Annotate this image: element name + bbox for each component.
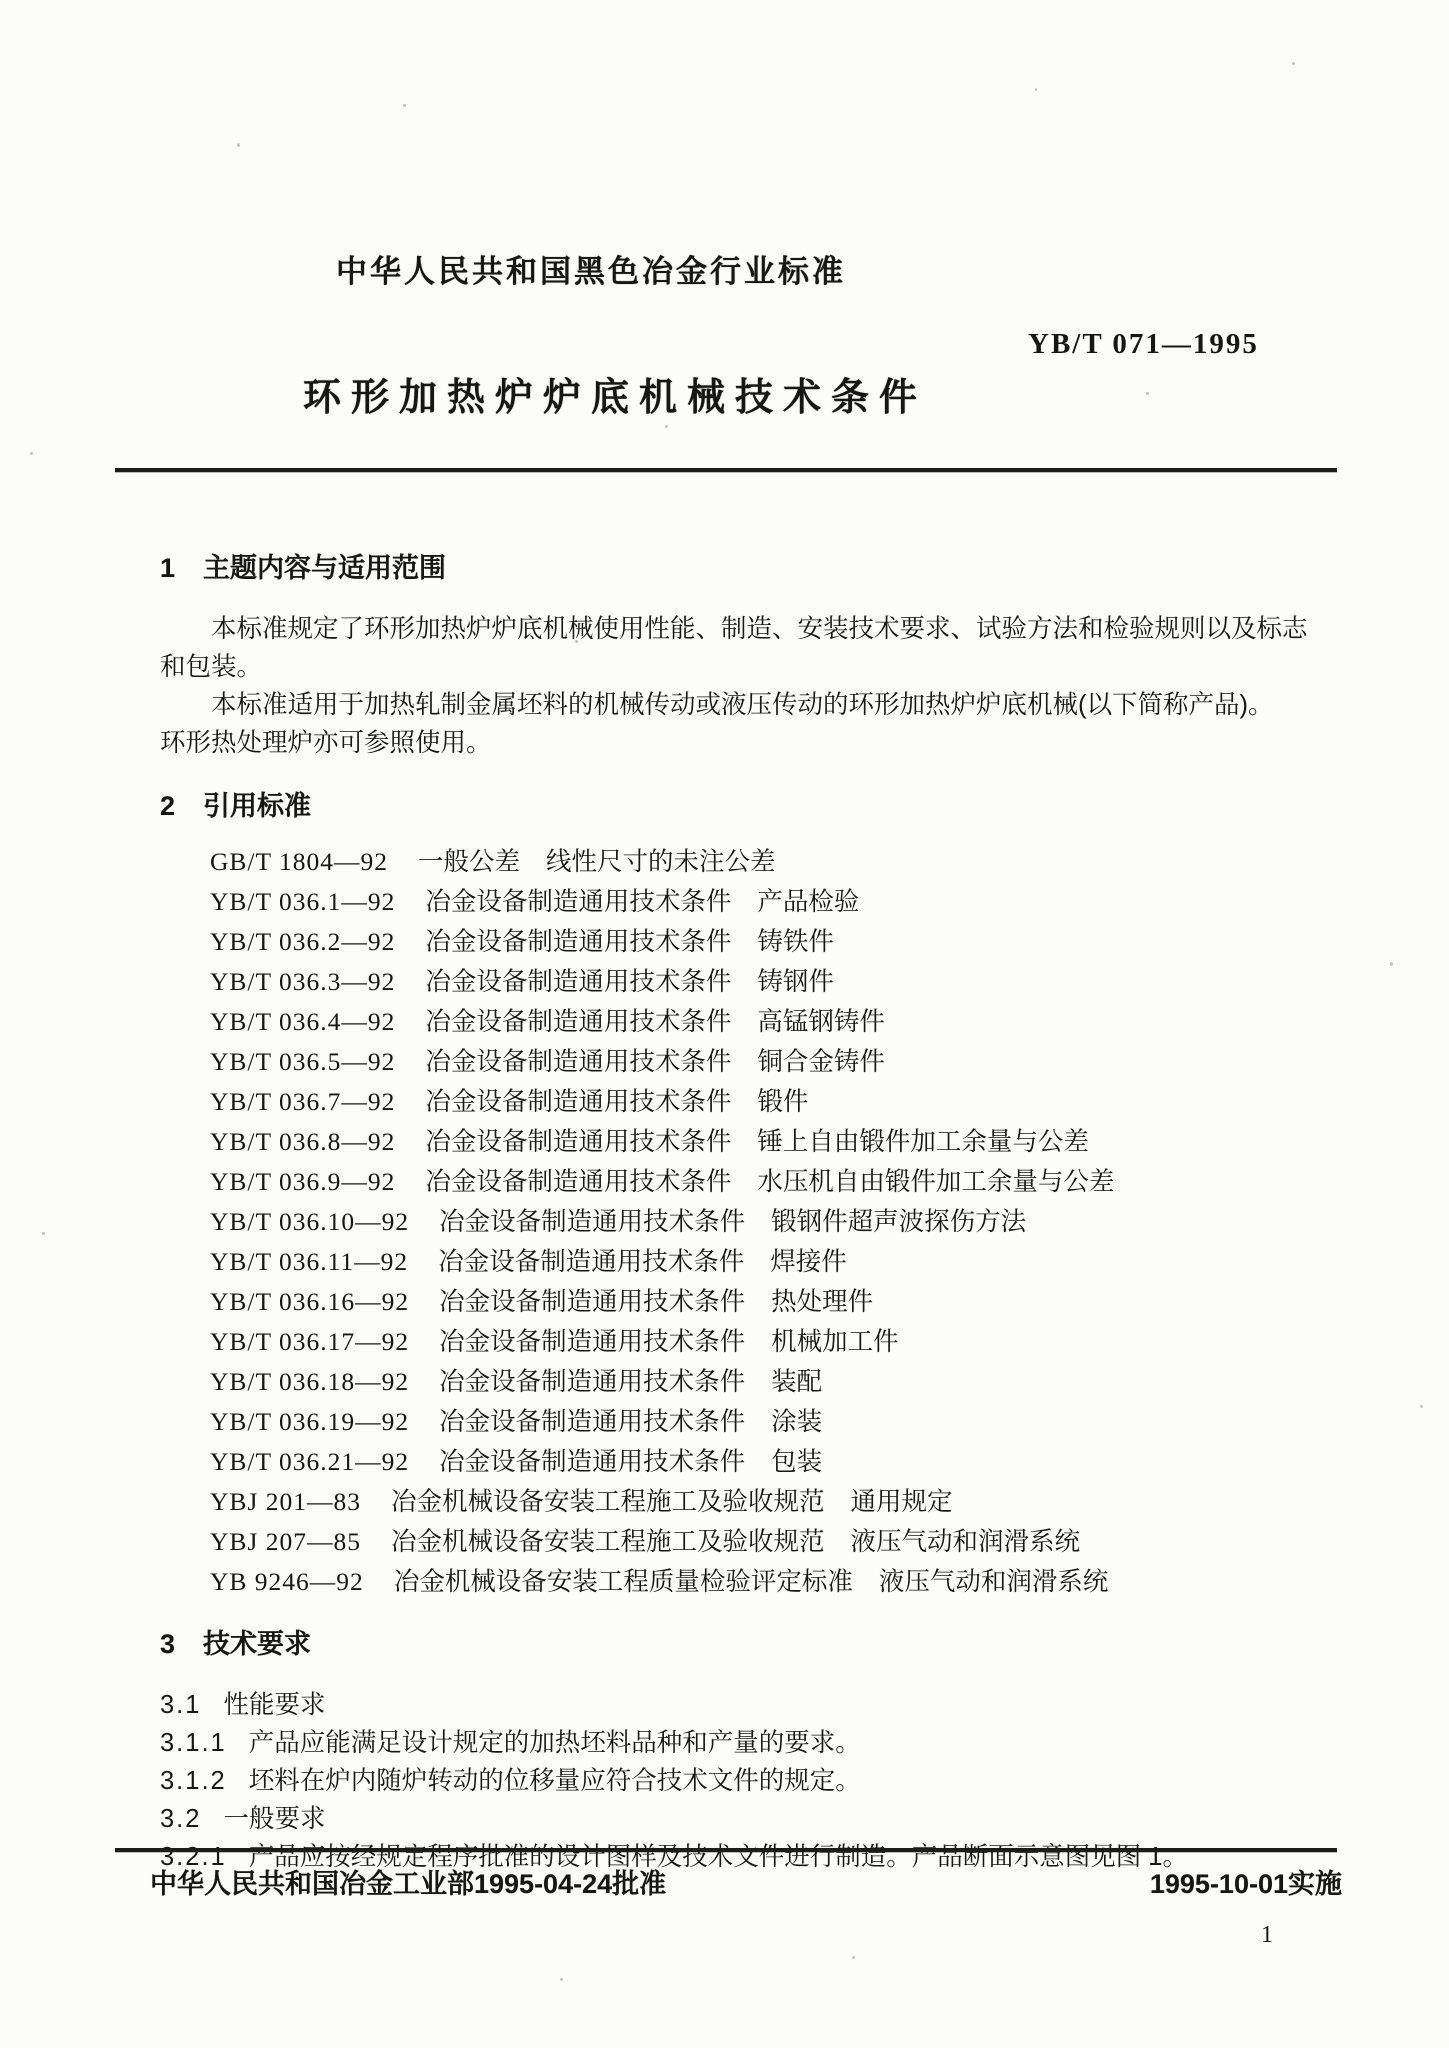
reference-name: 冶金设备制造通用技术条件 <box>425 888 731 916</box>
reference-subject: 机械加工件 <box>771 1328 899 1356</box>
reference-code: YBJ 201—83 <box>210 1487 361 1516</box>
reference-subject: 通用规定 <box>851 1488 953 1516</box>
reference-code: YB/T 036.7—92 <box>210 1087 395 1116</box>
page-number: 1 <box>1261 1922 1273 1949</box>
reference-name: 冶金设备制造通用技术条件 <box>439 1328 745 1356</box>
scan-speck <box>665 425 668 428</box>
scan-speck <box>1146 392 1149 395</box>
reference-subject: 包装 <box>771 1448 822 1476</box>
reference-name: 冶金设备制造通用技术条件 <box>439 1448 745 1476</box>
clause-3-1-1: 3.1.1产品应能满足设计规定的加热坯料品种和产量的要求。 <box>160 1724 1340 1762</box>
reference-subject: 铸钢件 <box>757 968 834 996</box>
reference-item: YB/T 036.5—92冶金设备制造通用技术条件铜合金铸件 <box>210 1042 1340 1082</box>
reference-name: 冶金设备制造通用技术条件 <box>425 928 731 956</box>
scanned-standard-page: 中华人民共和国黑色冶金行业标准 YB/T 071—1995 环形加热炉炉底机械技… <box>0 0 1449 2048</box>
reference-subject: 热处理件 <box>771 1288 873 1316</box>
reference-item: YB/T 036.1—92冶金设备制造通用技术条件产品检验 <box>210 882 1340 922</box>
reference-name: 冶金设备制造通用技术条件 <box>425 1168 731 1196</box>
reference-item: YBJ 201—83冶金机械设备安装工程施工及验收规范通用规定 <box>210 1482 1340 1522</box>
reference-list: GB/T 1804—92一般公差线性尺寸的未注公差 YB/T 036.1—92冶… <box>160 842 1340 1602</box>
reference-code: GB/T 1804—92 <box>210 847 388 876</box>
clause-number: 3.1.2 <box>160 1762 227 1800</box>
reference-subject: 液压气动和润滑系统 <box>851 1528 1081 1556</box>
document-body: 1主题内容与适用范围 本标准规定了环形加热炉炉底机械使用性能、制造、安装技术要求… <box>160 552 1340 1876</box>
scan-speck <box>42 1232 45 1235</box>
reference-subject: 锻件 <box>757 1088 808 1116</box>
footer-approval: 中华人民共和国冶金工业部1995-04-24批准 <box>150 1862 666 1901</box>
reference-item: YB/T 036.11—92冶金设备制造通用技术条件焊接件 <box>210 1242 1340 1282</box>
scan-speck <box>1420 1405 1423 1408</box>
document-title: 环形加热炉炉底机械技术条件 <box>303 366 927 421</box>
clause-text: 产品应能满足设计规定的加热坯料品种和产量的要求。 <box>249 1729 861 1757</box>
reference-subject: 铜合金铸件 <box>757 1048 885 1076</box>
scan-speck <box>30 452 33 455</box>
reference-item: YB/T 036.18—92冶金设备制造通用技术条件装配 <box>210 1362 1340 1402</box>
reference-name: 冶金机械设备安装工程施工及验收规范 <box>391 1528 825 1556</box>
reference-item: YBJ 207—85冶金机械设备安装工程施工及验收规范液压气动和润滑系统 <box>210 1522 1340 1562</box>
reference-item: YB/T 036.8—92冶金设备制造通用技术条件锤上自由锻件加工余量与公差 <box>210 1122 1340 1162</box>
footer-implementation: 1995-10-01实施 <box>1150 1862 1342 1901</box>
paragraph-line: 本标准规定了环形加热炉炉底机械使用性能、制造、安装技术要求、试验方法和检验规则以… <box>160 610 1340 648</box>
paragraph-line: 环形热处理炉亦可参照使用。 <box>160 724 1340 762</box>
reference-subject: 锻钢件超声波探伤方法 <box>771 1208 1026 1236</box>
section-1-title: 主题内容与适用范围 <box>203 553 446 583</box>
clause-number: 3.1.1 <box>160 1724 227 1762</box>
reference-subject: 水压机自由锻件加工余量与公差 <box>757 1168 1114 1196</box>
paragraph-line: 和包装。 <box>160 648 1340 686</box>
scan-speck <box>852 1956 855 1959</box>
reference-name: 一般公差 <box>418 848 520 876</box>
clause-number: 3.1 <box>160 1686 201 1724</box>
title-divider-rule <box>115 468 1337 472</box>
clause-text: 性能要求 <box>223 1691 325 1719</box>
paragraph-line: 本标准适用于加热轧制金属坯料的机械传动或液压传动的环形加热炉炉底机械(以下简称产… <box>160 686 1340 724</box>
reference-code: YB/T 036.17—92 <box>210 1327 409 1356</box>
reference-code: YB/T 036.2—92 <box>210 927 395 956</box>
reference-item: YB/T 036.19—92冶金设备制造通用技术条件涂装 <box>210 1402 1340 1442</box>
scan-speck <box>237 143 240 147</box>
reference-name: 冶金机械设备安装工程施工及验收规范 <box>391 1488 825 1516</box>
standard-number: YB/T 071—1995 <box>1028 328 1259 361</box>
scan-speck <box>403 104 406 107</box>
reference-code: YB/T 036.5—92 <box>210 1047 395 1076</box>
scan-speck <box>1292 62 1295 65</box>
reference-code: YB/T 036.4—92 <box>210 1007 395 1036</box>
reference-item: YB/T 036.21—92冶金设备制造通用技术条件包装 <box>210 1442 1340 1482</box>
reference-item: GB/T 1804—92一般公差线性尺寸的未注公差 <box>210 842 1340 882</box>
reference-name: 冶金设备制造通用技术条件 <box>439 1408 745 1436</box>
section-2-title: 引用标准 <box>203 791 311 821</box>
reference-name: 冶金设备制造通用技术条件 <box>438 1248 744 1276</box>
clause-3-2: 3.2一般要求 <box>160 1800 1340 1838</box>
section-1-number: 1 <box>160 552 175 584</box>
scan-speck <box>1035 88 1037 91</box>
reference-code: YB/T 036.8—92 <box>210 1127 395 1156</box>
reference-code: YB/T 036.21—92 <box>210 1447 409 1476</box>
footer-divider-rule <box>115 1848 1337 1852</box>
reference-code: YBJ 207—85 <box>210 1527 361 1556</box>
reference-subject: 装配 <box>771 1368 822 1396</box>
reference-subject: 线性尺寸的未注公差 <box>546 848 776 876</box>
reference-item: YB/T 036.9—92冶金设备制造通用技术条件水压机自由锻件加工余量与公差 <box>210 1162 1340 1202</box>
reference-item: YB/T 036.16—92冶金设备制造通用技术条件热处理件 <box>210 1282 1340 1322</box>
reference-name: 冶金设备制造通用技术条件 <box>425 1088 731 1116</box>
section-3-number: 3 <box>160 1628 175 1660</box>
section-2-heading: 2引用标准 <box>160 790 1340 822</box>
reference-subject: 液压气动和润滑系统 <box>879 1568 1109 1596</box>
scan-speck <box>1390 962 1393 966</box>
reference-code: YB/T 036.11—92 <box>210 1247 408 1276</box>
reference-name: 冶金设备制造通用技术条件 <box>425 968 731 996</box>
reference-code: YB 9246—92 <box>210 1567 364 1596</box>
clause-text: 坯料在炉内随炉转动的位移量应符合技术文件的规定。 <box>249 1767 861 1795</box>
reference-subject: 高锰钢铸件 <box>757 1008 885 1036</box>
section-1-heading: 1主题内容与适用范围 <box>160 552 1340 584</box>
reference-subject: 锤上自由锻件加工余量与公差 <box>757 1128 1089 1156</box>
reference-name: 冶金设备制造通用技术条件 <box>439 1288 745 1316</box>
reference-code: YB/T 036.16—92 <box>210 1287 409 1316</box>
reference-name: 冶金设备制造通用技术条件 <box>425 1008 731 1036</box>
clause-3-1: 3.1性能要求 <box>160 1686 1340 1724</box>
reference-name: 冶金设备制造通用技术条件 <box>425 1048 731 1076</box>
reference-name: 冶金设备制造通用技术条件 <box>439 1368 745 1396</box>
reference-code: YB/T 036.19—92 <box>210 1407 409 1436</box>
scan-speck <box>560 1978 563 1981</box>
clause-3-1-2: 3.1.2坯料在炉内随炉转动的位移量应符合技术文件的规定。 <box>160 1762 1340 1800</box>
reference-subject: 焊接件 <box>770 1248 847 1276</box>
reference-item: YB/T 036.7—92冶金设备制造通用技术条件锻件 <box>210 1082 1340 1122</box>
reference-item: YB/T 036.2—92冶金设备制造通用技术条件铸铁件 <box>210 922 1340 962</box>
reference-code: YB/T 036.18—92 <box>210 1367 409 1396</box>
reference-subject: 铸铁件 <box>757 928 834 956</box>
reference-name: 冶金设备制造通用技术条件 <box>439 1208 745 1236</box>
reference-name: 冶金机械设备安装工程质量检验评定标准 <box>394 1568 853 1596</box>
reference-code: YB/T 036.10—92 <box>210 1207 409 1236</box>
reference-item: YB/T 036.3—92冶金设备制造通用技术条件铸钢件 <box>210 962 1340 1002</box>
reference-subject: 产品检验 <box>757 888 859 916</box>
standard-org-line: 中华人民共和国黑色冶金行业标准 <box>336 246 846 291</box>
clause-number: 3.2 <box>160 1800 201 1838</box>
footer: 中华人民共和国冶金工业部1995-04-24批准 1995-10-01实施 <box>150 1862 1342 1901</box>
section-3-heading: 3技术要求 <box>160 1628 1340 1660</box>
section-2-number: 2 <box>160 790 175 822</box>
reference-item: YB/T 036.17—92冶金设备制造通用技术条件机械加工件 <box>210 1322 1340 1362</box>
reference-code: YB/T 036.3—92 <box>210 967 395 996</box>
reference-code: YB/T 036.9—92 <box>210 1167 395 1196</box>
reference-item: YB 9246—92冶金机械设备安装工程质量检验评定标准液压气动和润滑系统 <box>210 1562 1340 1602</box>
reference-name: 冶金设备制造通用技术条件 <box>425 1128 731 1156</box>
reference-subject: 涂装 <box>771 1408 822 1436</box>
section-1-paragraph-2: 本标准适用于加热轧制金属坯料的机械传动或液压传动的环形加热炉炉底机械(以下简称产… <box>160 686 1340 762</box>
section-3-title: 技术要求 <box>203 1629 311 1659</box>
reference-item: YB/T 036.4—92冶金设备制造通用技术条件高锰钢铸件 <box>210 1002 1340 1042</box>
reference-code: YB/T 036.1—92 <box>210 887 395 916</box>
clause-text: 一般要求 <box>223 1805 325 1833</box>
section-1-paragraph-1: 本标准规定了环形加热炉炉底机械使用性能、制造、安装技术要求、试验方法和检验规则以… <box>160 610 1340 686</box>
reference-item: YB/T 036.10—92冶金设备制造通用技术条件锻钢件超声波探伤方法 <box>210 1202 1340 1242</box>
